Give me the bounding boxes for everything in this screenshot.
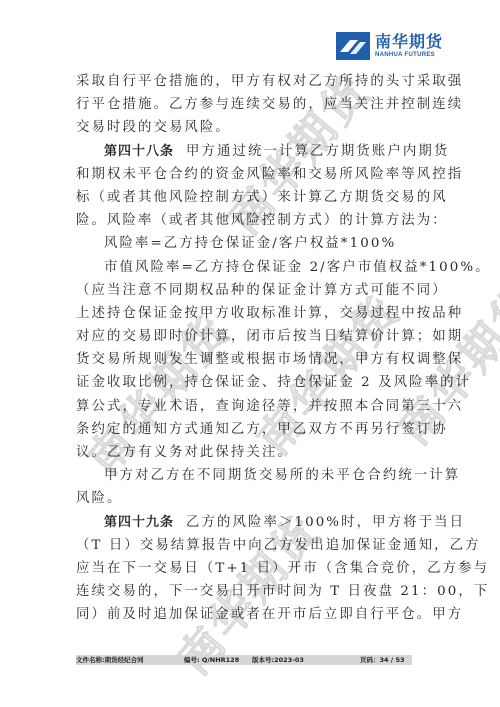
text-line: 交易时段的交易风险。: [76, 116, 428, 139]
footer-page-number: 页码：34 / 53: [360, 655, 405, 665]
article-49-heading-line: 第四十九条乙方的风险率＞100%时，甲方将于当日: [76, 511, 428, 534]
company-logo: 南华期货 NANHUA FUTURES: [336, 30, 476, 62]
footer-version: 版本号:2023-03: [252, 655, 304, 665]
text-line: 乙方的风险率＞100%时，甲方将于当日: [186, 515, 465, 530]
text-line: 上述持仓保证金按甲方收取标准计算，交易过程中按品种: [76, 302, 428, 325]
nanhua-logo-icon: [336, 32, 370, 60]
article-48-label: 第四十八条: [104, 144, 174, 159]
formula-market-value-risk-rate: 市值风险率=乙方持仓保证金 2/客户市值权益*100%。: [76, 256, 428, 279]
text-line: 证金收取比例，持仓保证金、持仓保证金 2 及风险率的计: [76, 371, 428, 394]
text-line: 对应的交易即时价计算，闭市后按当日结算价计算；如期: [76, 325, 428, 348]
note-line: （应当注意不同期权品种的保证金计算方式可能不同）: [76, 279, 428, 302]
formula-risk-rate: 风险率=乙方持仓保证金/客户权益*100%: [76, 232, 428, 255]
text-line: 标（或者其他风险控制方式）来计算乙方期货交易的风: [76, 186, 428, 209]
text-line: 险。风险率（或者其他风险控制方式）的计算方法为：: [76, 209, 428, 232]
footer-code: 编号: Q/NHR128: [184, 655, 239, 665]
article-48-heading-line: 第四十八条甲方通过统一计算乙方期货账户内期货: [76, 140, 428, 163]
page-footer: 文件名称:期货经纪合同 编号: Q/NHR128 版本号:2023-03 页码：…: [76, 655, 412, 665]
text-line: 和期权未平仓合约的资金风险率和交易所风险率等风控指: [76, 163, 428, 186]
document-body: 采取自行平仓措施的，甲方有权对乙方所持的头寸采取强 行平仓措施。乙方参与连续交易…: [76, 70, 428, 627]
text-line: 算公式，专业术语，查询途径等，并按照本合同第三十六: [76, 395, 428, 418]
text-line: 甲方通过统一计算乙方期货账户内期货: [186, 144, 449, 159]
text-line: 货交易所规则发生调整或根据市场情况，甲方有权调整保: [76, 348, 428, 371]
text-line: 议。乙方有义务对此保持关注。: [76, 441, 428, 464]
text-line: 采取自行平仓措施的，甲方有权对乙方所持的头寸采取强: [76, 70, 428, 93]
text-line: 风险。: [76, 487, 428, 510]
article-49-label: 第四十九条: [104, 515, 174, 530]
text-line: 应当在下一交易日（T+1 日）开市（含集合竞价，乙方参与: [76, 557, 428, 580]
text-line: 同）前及时追加保证金或者在开市后立即自行平仓。甲方: [76, 603, 428, 626]
text-line: 行平仓措施。乙方参与连续交易的，应当关注并控制连续: [76, 93, 428, 116]
logo-chinese-name: 南华期货: [375, 34, 443, 50]
footer-file-name: 文件名称:期货经纪合同: [76, 655, 144, 665]
text-line: （T 日）交易结算报告中向乙方发出追加保证金通知，乙方: [76, 534, 428, 557]
text-line: 条约定的通知方式通知乙方，甲乙双方不再另行签订协: [76, 418, 428, 441]
text-line: 连续交易的，下一交易日开市时间为 T 日夜盘 21：00，下: [76, 580, 428, 603]
logo-english-name: NANHUA FUTURES: [375, 52, 443, 58]
text-line: 甲方对乙方在不同期货交易所的未平仓合约统一计算: [76, 464, 428, 487]
